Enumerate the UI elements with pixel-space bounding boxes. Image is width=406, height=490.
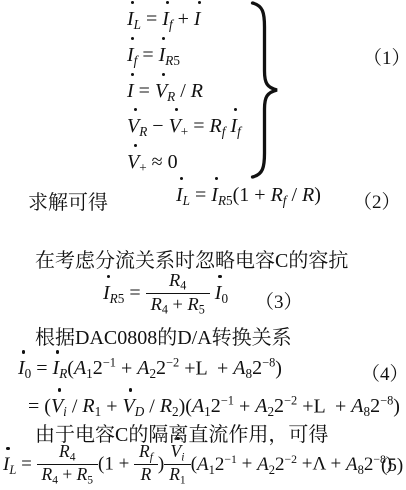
equation-4-number: （4）	[361, 359, 406, 386]
paragraph-shunt-note: 在考虑分流关系时忽略电容C的容抗	[35, 244, 348, 273]
equation-5: IL = R4R4 + R5(1 + RfR)ViR1(A12−1 + A22−…	[3, 442, 392, 488]
paragraph-dac-note: 根据DAC0808的D/A转换关系	[35, 321, 292, 350]
equation-1-line-3: I = VR / R	[127, 78, 203, 110]
right-curly-brace-icon	[249, 1, 283, 179]
equation-2-number: （2）	[353, 187, 401, 214]
equation-3: IR5 = R4R4 + R5 I0	[103, 270, 228, 317]
equation-3-number: （3）	[255, 287, 303, 314]
equation-5-number: (5)	[381, 455, 403, 477]
equation-1-line-2: If = IR5	[127, 42, 180, 74]
equation-4-line-1: I0 = IR(A12−1 + A22−2 +L + A82−8)	[18, 350, 282, 387]
document-page: IL = If + I If = IR5 I = VR / R VR − V+ …	[0, 0, 406, 490]
equation-1-line-1: IL = If + I	[127, 6, 201, 38]
equation-1-line-4: VR − V+ = Rf If	[127, 113, 241, 145]
equation-1-line-5: V+ ≈ 0	[127, 149, 178, 181]
solve-label: 求解可得	[28, 186, 108, 215]
equation-1-number: （1）	[363, 43, 406, 70]
equation-2: IL = IR5(1 + Rf / R)	[176, 182, 321, 214]
